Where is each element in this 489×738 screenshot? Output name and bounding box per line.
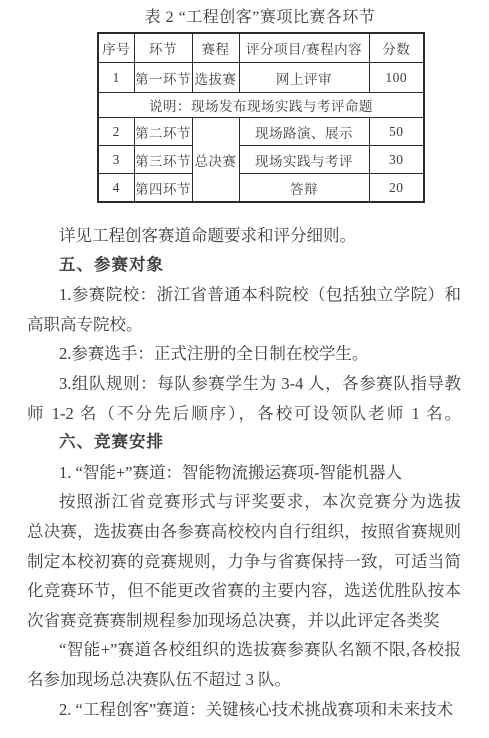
table-row: 4 第四环节 答辩 20	[98, 174, 424, 203]
cell-stage: 第三环节	[134, 146, 192, 174]
table-row: 1 第一环节 选拔赛 网上评审 100	[98, 63, 424, 93]
note-cell: 说明：现场发布现场实践与考评命题	[98, 93, 424, 118]
text-line: 名参加现场总决赛队伍不超过 3 队。	[27, 665, 461, 695]
table-row: 2 第二环节 总决赛 现场路演、展示 50	[98, 118, 424, 146]
cell-score: 50	[369, 118, 424, 146]
text-line: 1. “智能+”赛道：智能物流搬运赛项-智能机器人	[27, 458, 461, 488]
text-line: 2.参赛选手：正式注册的全日制在校学生。	[27, 339, 461, 369]
header-cell-stage: 环节	[134, 33, 192, 63]
document-body: 详见工程创客赛道命题要求和评分细则。 五、参赛对象 1.参赛院校：浙江省普通本科…	[27, 221, 461, 724]
cell-score: 20	[369, 174, 424, 203]
text-line: “智能+”赛道各校组织的选拔赛参赛队名额不限,各校报	[27, 635, 461, 665]
cell-score: 30	[369, 146, 424, 174]
cell-stage: 第四环节	[134, 174, 192, 203]
cell-schedule-merged: 总决赛	[192, 118, 239, 203]
header-cell-content: 评分项目/赛程内容	[239, 33, 369, 63]
text-line: 化竞赛环节，但不能更改省赛的主要内容，选送优胜队按本	[27, 576, 461, 606]
text-line: 总决赛，选拔赛由各参赛高校校内自行组织，按照省赛规则	[27, 517, 461, 547]
table-block: 表 2 “工程创客”赛项比赛各环节 序号 环节 赛程 评分项目/赛程内容 分数 …	[97, 0, 423, 203]
cell-seq: 2	[98, 118, 134, 146]
table-note-row: 说明：现场发布现场实践与考评命题	[98, 93, 424, 118]
text-line: 1.参赛院校：浙江省普通本科院校（包括独立学院）和	[27, 280, 461, 310]
header-cell-seq: 序号	[98, 33, 134, 63]
text-line: 详见工程创客赛道命题要求和评分细则。	[27, 221, 461, 251]
cell-seq: 4	[98, 174, 134, 203]
section-heading-6: 六、竞赛安排	[27, 428, 461, 458]
section-heading-5: 五、参赛对象	[27, 251, 461, 281]
table-header-row: 序号 环节 赛程 评分项目/赛程内容 分数	[98, 33, 424, 63]
document-page: 表 2 “工程创客”赛项比赛各环节 序号 环节 赛程 评分项目/赛程内容 分数 …	[0, 0, 489, 738]
cell-content: 网上评审	[239, 63, 369, 93]
text-line: 3.组队规则：每队参赛学生为 3-4 人，各参赛队指导教	[27, 369, 461, 399]
cell-stage: 第一环节	[134, 63, 192, 93]
text-line: 高职高专院校。	[27, 310, 461, 340]
header-cell-schedule: 赛程	[192, 33, 239, 63]
header-cell-score: 分数	[369, 33, 424, 63]
stage-table: 序号 环节 赛程 评分项目/赛程内容 分数 1 第一环节 选拔赛 网上评审 10…	[97, 32, 425, 203]
cell-seq: 3	[98, 146, 134, 174]
cell-seq: 1	[98, 63, 134, 93]
cell-content: 答辩	[239, 174, 369, 203]
text-line: 按照浙江省竞赛形式与评奖要求，本次竞赛分为选拔赛、	[27, 487, 461, 517]
cell-stage: 第二环节	[134, 118, 192, 146]
text-line: 制定本校初赛的竞赛规则，力争与省赛保持一致，可适当简	[27, 547, 461, 577]
cell-score: 100	[369, 63, 424, 93]
cell-content: 现场实践与考评	[239, 146, 369, 174]
table-row: 3 第三环节 现场实践与考评 30	[98, 146, 424, 174]
cell-schedule: 选拔赛	[192, 63, 239, 93]
table-caption: 表 2 “工程创客”赛项比赛各环节	[97, 6, 423, 32]
text-line: 师 1-2 名（不分先后顺序），各校可设领队老师 1 名。	[27, 399, 461, 429]
text-line: 2. “工程创客”赛道：关键核心技术挑战赛项和未来技术	[27, 695, 461, 725]
cell-content: 现场路演、展示	[239, 118, 369, 146]
text-line: 次省赛竞赛赛制规程参加现场总决赛，并以此评定各类奖项。	[27, 606, 461, 636]
